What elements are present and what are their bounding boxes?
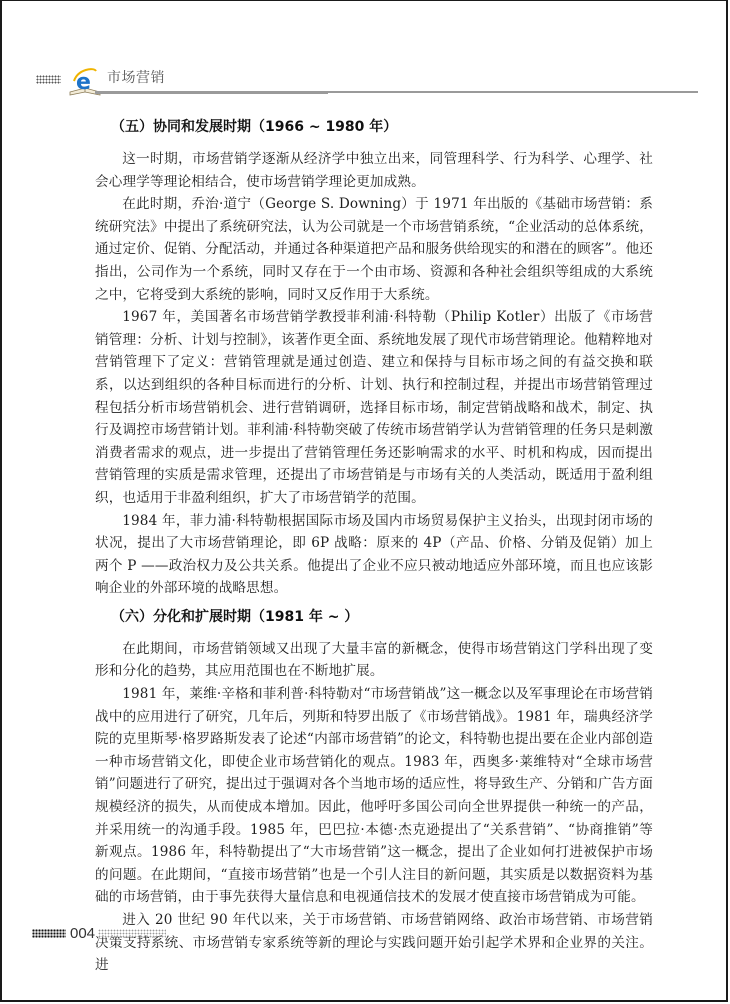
header-rule-thick	[95, 91, 328, 94]
header-dot-pattern	[36, 75, 61, 84]
book-page: e 市场营销 （五）协同和发展时期（1966 ~ 1980 年） 这一时期，市场…	[0, 0, 728, 1002]
paragraph: 这一时期，市场营销学逐渐从经济学中独立出来，同管理科学、行为科学、心理学、社会心…	[95, 148, 653, 193]
section-heading: （五）协同和发展时期（1966 ~ 1980 年）	[111, 114, 653, 148]
header-rule-thin	[328, 91, 698, 93]
paragraph: 进入 20 世纪 90 年代以来，关于市场营销、市场营销网络、政治市场营销、市场…	[95, 909, 653, 977]
paragraph: 1984 年，菲力浦·科特勒根据国际市场及国内市场贸易保护主义抬头，出现封闭市场…	[95, 510, 653, 600]
paragraph: 在此期间，市场营销领域又出现了大量丰富的新概念，使得市场营销这门学科出现了变形和…	[95, 638, 653, 683]
footer-dot-pattern-light	[98, 929, 166, 938]
page-number: 004	[70, 925, 95, 942]
running-header-title: 市场营销	[107, 67, 165, 87]
section-5: （五）协同和发展时期（1966 ~ 1980 年） 这一时期，市场营销学逐渐从经…	[95, 114, 653, 600]
section-heading: （六）分化和扩展时期（1981 年 ~ ）	[111, 600, 653, 638]
paragraph: 在此时期，乔治·道宁（George S. Downing）于 1971 年出版的…	[95, 193, 653, 306]
paragraph: 1981 年，莱维·辛格和菲利普·科特勒对“市场营销战”这一概念以及军事理论在市…	[95, 683, 653, 909]
section-6: （六）分化和扩展时期（1981 年 ~ ） 在此期间，市场营销领域又出现了大量丰…	[95, 600, 653, 977]
page-body: （五）协同和发展时期（1966 ~ 1980 年） 这一时期，市场营销学逐渐从经…	[95, 114, 653, 977]
paragraph: 1967 年，美国著名市场营销学教授菲利浦·科特勒（Philip Kotler）…	[95, 306, 653, 509]
footer-dot-pattern-dark	[32, 929, 66, 938]
